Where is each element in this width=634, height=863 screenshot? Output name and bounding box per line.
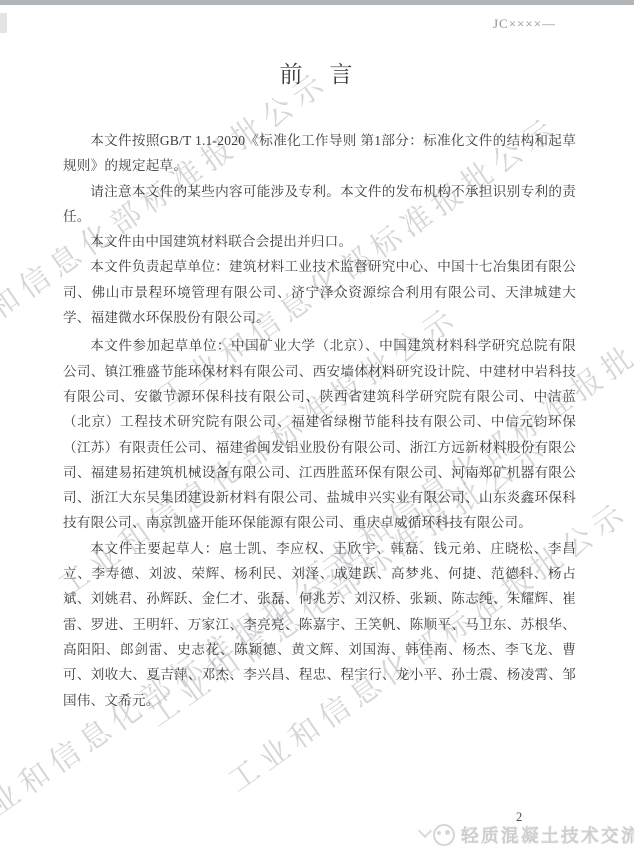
brand-name: 轻质混凝土技术交流 (461, 823, 634, 848)
document-body: 本文件按照GB/T 1.1-2020《标准化工作导则 第1部分：标准化文件的结构… (63, 128, 576, 713)
panda-logo-icon (433, 824, 455, 846)
scan-artifact (0, 13, 7, 33)
page-top-border (0, 0, 634, 5)
page-title: 前 言 (0, 56, 634, 89)
paragraph-proposed-by: 本文件由中国建筑材料联合会提出并归口。 (63, 229, 576, 254)
paragraph-participating-units: 本文件参加起草单位：中国矿业大学（北京）、中国建筑材料科学研究总院有限公司、镇江… (63, 333, 576, 535)
paragraph-patent-notice: 请注意本文件的某些内容可能涉及专利。本文件的发布机构不承担识别专利的责任。 (63, 179, 576, 230)
paragraph-drafting-basis: 本文件按照GB/T 1.1-2020《标准化工作导则 第1部分：标准化文件的结构… (63, 128, 576, 179)
paragraph-responsible-units: 本文件负责起草单位：建筑材料工业技术监督研究中心、中国十七冶集团有限公司、佛山市… (63, 254, 576, 330)
standard-code: JC××××— (493, 16, 556, 32)
document-page: 工业和信息化部标准报批公示 工业和信息化部标准报批公示 工业和信息化部标准报批公… (0, 0, 634, 863)
brand-watermark: 轻质混凝土技术交流 (420, 820, 634, 856)
quote-mark-icon (418, 824, 432, 838)
paragraph-main-drafters: 本文件主要起草人：扈士凯、李应权、王欣宇、韩磊、钱元弟、庄晓松、李昌立、李寿德、… (63, 536, 576, 713)
